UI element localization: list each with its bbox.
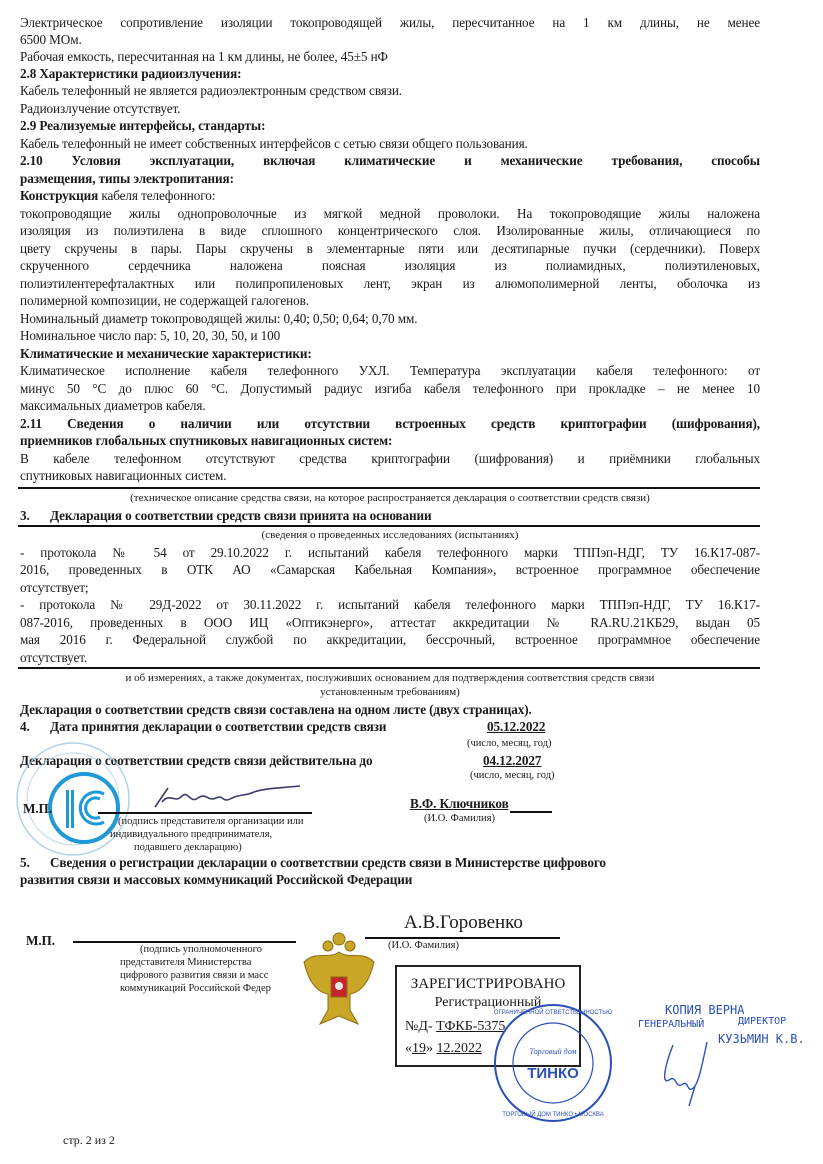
insulation-resistance-line: Электрическое сопротивление изоляции ток… xyxy=(20,14,760,32)
climate-heading: Климатические и механические характерист… xyxy=(20,345,312,363)
registration-number-prefix: №Д- xyxy=(405,1019,433,1034)
construction-bold: Конструкция xyxy=(20,188,98,203)
validity-date: 04.12.2027 xyxy=(483,752,541,770)
divider xyxy=(18,525,760,527)
document-page: Электрическое сопротивление изоляции ток… xyxy=(0,0,823,1164)
validity-date-caption: (число, месяц, год) xyxy=(470,769,555,782)
section-5-heading: Сведения о регистрации декларации о соот… xyxy=(50,854,606,872)
director-signature-icon xyxy=(655,1040,715,1110)
climate-line: максимальных диаметров кабеля. xyxy=(20,397,206,415)
construction-line: токопроводящие жилы однопроволочные из м… xyxy=(20,205,760,223)
insulation-resistance-value: 6500 МОм. xyxy=(20,31,82,49)
tech-description-caption: (техническое описание средства связи, на… xyxy=(20,491,760,505)
page-number: стр. 2 из 2 xyxy=(63,1133,115,1148)
ministry-signature-caption: представителя Министерства xyxy=(120,956,251,969)
quote-close: » xyxy=(426,1041,433,1056)
protocol-line: 087-2016, проведенных в ООО ИЦ «Оптикэне… xyxy=(20,614,760,632)
construction-line: изоляция из полиэтилена в виде сплошного… xyxy=(20,222,760,240)
divider xyxy=(18,487,760,489)
construction-label: Конструкция кабеля телефонного: xyxy=(20,187,215,205)
construction-rest: кабеля телефонного: xyxy=(98,188,215,203)
sheet-note: Декларация о соответствии средств связи … xyxy=(20,701,532,719)
signature-caption: (подпись представителя организации или xyxy=(118,815,303,828)
section-2-8-text: Кабель телефонный не является радиоэлект… xyxy=(20,82,402,100)
section-2-10-heading: 2.10 Условия эксплуатации, включая клима… xyxy=(20,152,760,170)
climate-line: Климатическое исполнение кабеля телефонн… xyxy=(20,362,760,380)
svg-text:ТОРГОВЫЙ ДОМ ТИНКО • МОСКВА: ТОРГОВЫЙ ДОМ ТИНКО • МОСКВА xyxy=(502,1110,603,1118)
ministry-representative-name: А.В.Горовенко xyxy=(404,912,523,934)
protocol-line: отсутствует. xyxy=(20,649,87,667)
construction-line: скрученного сердечника наложена поясная … xyxy=(20,257,760,275)
registration-month-year: 12.2022 xyxy=(437,1041,483,1056)
section-4-number: 4. xyxy=(20,718,30,736)
signature-icon xyxy=(150,782,310,812)
quote-open: « xyxy=(405,1041,412,1056)
stamp-place-label: М.П. xyxy=(23,800,52,818)
registration-number: №Д- ТФКБ-5375 xyxy=(405,1019,505,1035)
copy-stamp-position: ГЕНЕРАЛЬНЫЙ xyxy=(638,1019,704,1030)
declaration-date: 05.12.2022 xyxy=(487,718,545,736)
svg-text:ТИНКО: ТИНКО xyxy=(527,1065,579,1082)
svg-text:Торговый дом: Торговый дом xyxy=(529,1047,576,1056)
construction-line: полимерной композиции, не содержащей гал… xyxy=(20,292,309,310)
svg-text:ОГРАНИЧЕННОЙ ОТВЕТСТВЕННОСТЬЮ: ОГРАНИЧЕННОЙ ОТВЕТСТВЕННОСТЬЮ xyxy=(494,1008,612,1016)
section-2-9-heading: 2.9 Реализуемые интерфейсы, стандарты: xyxy=(20,117,265,135)
copy-stamp-position: ДИРЕКТОР xyxy=(738,1016,786,1027)
section-5-heading-cont: развития связи и массовых коммуникаций Р… xyxy=(20,871,412,889)
climate-line: минус 50 °С до плюс 60 °С. Допустимый ра… xyxy=(20,380,760,398)
documents-caption: и об измерениях, а также документах, пос… xyxy=(20,671,760,685)
construction-line: полиэтилентерефталактных или полипропиле… xyxy=(20,275,760,293)
documents-caption: установленным требованиям) xyxy=(20,685,760,699)
section-5-number: 5. xyxy=(20,854,30,872)
section-3-heading: Декларация о соответствии средств связи … xyxy=(50,507,432,525)
divider xyxy=(18,667,760,669)
ministry-signature-caption: цифрового развития связи и масс xyxy=(120,969,268,982)
protocol-line: - протокола № 29Д-2022 от 30.11.2022 г. … xyxy=(20,596,760,614)
section-3-number: 3. xyxy=(20,507,30,525)
pair-count: Номинальное число пар: 5, 10, 20, 30, 50… xyxy=(20,327,280,345)
name-line xyxy=(510,811,552,813)
registration-date: «19» 12.2022 xyxy=(405,1041,482,1057)
section-2-8-heading: 2.8 Характеристики радиоизлучения: xyxy=(20,65,241,83)
name-caption: (И.О. Фамилия) xyxy=(424,812,495,825)
capacitance-line: Рабочая емкость, пересчитанная на 1 км д… xyxy=(20,48,388,66)
protocol-line: - протокола № 54 от 29.10.2022 г. испыта… xyxy=(20,544,760,562)
signature-caption: подавшего декларацию) xyxy=(134,841,242,854)
date-caption: (число, месяц, год) xyxy=(467,737,552,750)
section-4-label: Дата принятия декларации о соответствии … xyxy=(50,718,386,736)
registration-day: 19 xyxy=(412,1041,426,1056)
signatory-name: В.Ф. Ключников xyxy=(410,795,509,813)
ministry-signature-caption: коммуникаций Российской Федер xyxy=(120,982,271,995)
coat-of-arms-icon xyxy=(298,932,380,1032)
section-2-11-text: В кабеле телефонном отсутствуют средства… xyxy=(20,450,760,468)
section-2-8-text: Радиоизлучение отсутствует. xyxy=(20,100,180,118)
section-2-11-text: спутниковых навигационных систем. xyxy=(20,467,226,485)
company-seal-icon: Торговый дом ТИНКО ОГРАНИЧЕННОЙ ОТВЕТСТВ… xyxy=(492,1002,614,1124)
section-2-11-heading: 2.11 Сведения о наличии или отсутствии в… xyxy=(20,415,760,433)
section-2-11-heading-cont: приемников глобальных спутниковых навига… xyxy=(20,432,392,450)
protocol-line: мая 2016 г. Федеральной службой по аккре… xyxy=(20,631,760,649)
protocol-line: отсутствует; xyxy=(20,579,88,597)
stamp-place-label: М.П. xyxy=(26,932,55,950)
registration-title: ЗАРЕГИСТРИРОВАНО xyxy=(397,976,579,993)
copy-stamp-name: КУЗЬМИН К.В. xyxy=(718,1032,805,1046)
conductor-diameter: Номинальный диаметр токопроводящей жилы:… xyxy=(20,310,417,328)
copy-true-stamp: КОПИЯ ВЕРНА xyxy=(665,1003,744,1017)
tests-caption: (сведения о проведенных исследованиях (и… xyxy=(20,528,760,542)
ministry-signature-caption: (подпись уполномоченного xyxy=(140,943,262,956)
section-2-10-heading-cont: размещения, типы электропитания: xyxy=(20,170,234,188)
construction-line: цвету скручены в пары. Пары скручены в э… xyxy=(20,240,760,258)
protocol-line: 2016, проведенных в ОТК АО «Самарская Ка… xyxy=(20,561,760,579)
ministry-name-caption: (И.О. Фамилия) xyxy=(388,939,459,952)
section-2-9-text: Кабель телефонный не имеет собственных и… xyxy=(20,135,528,153)
signature-caption: индивидуального предпринимателя, xyxy=(110,828,272,841)
signature-line xyxy=(98,812,312,814)
